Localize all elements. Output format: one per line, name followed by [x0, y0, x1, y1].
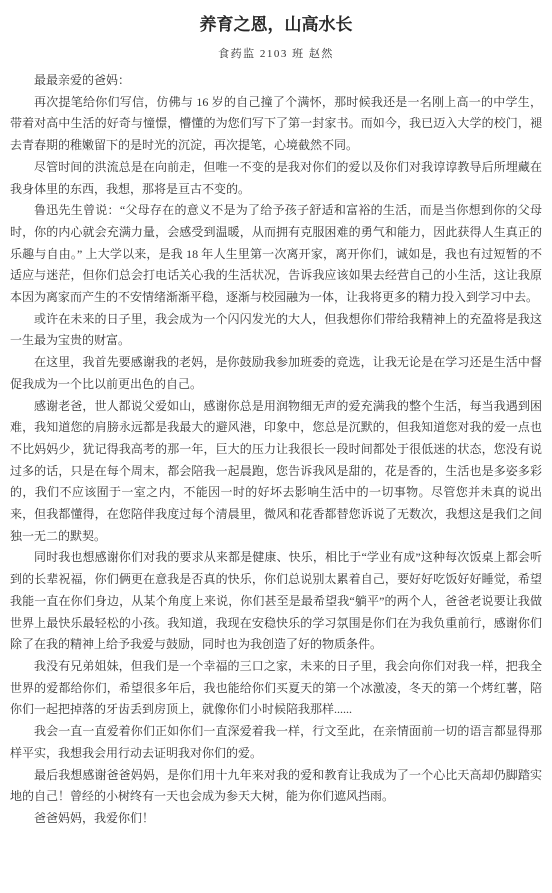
- byline: 食药监 2103 班 赵然: [10, 47, 542, 61]
- paragraph: 我会一直一直爱着你们正如你们一直深爱着我一样，行文至此，在亲情面前一切的语言都显…: [10, 721, 542, 764]
- document-title: 养育之恩，山高水长: [10, 14, 542, 36]
- paragraph: 爸爸妈妈，我爱你们！: [10, 808, 542, 830]
- paragraph: 在这里，我首先要感谢我的老妈，是你鼓励我参加班委的竞选，让我无论是在学习还是生活…: [10, 352, 542, 395]
- letter-page: 养育之恩，山高水长 食药监 2103 班 赵然 最最亲爱的爸妈：再次提笔给你们写…: [0, 0, 552, 893]
- paragraph: 同时我也想感谢你们对我的要求从来都是健康、快乐，相比于“学业有成”这种每次饭桌上…: [10, 547, 542, 656]
- paragraph: 尽管时间的洪流总是在向前走，但唯一不变的是我对你们的爱以及你们对我谆谆教导后所埋…: [10, 157, 542, 200]
- paragraph: 感谢老爸，世人都说父爱如山，感谢你总是用润物细无声的爱充满我的整个生活，每当我遇…: [10, 396, 542, 548]
- paragraph: 鲁迅先生曾说：“父母存在的意义不是为了给予孩子舒适和富裕的生活，而是当你想到你的…: [10, 200, 542, 309]
- paragraph: 再次提笔给你们写信，仿佛与 16 岁的自己撞了个满怀，那时候我还是一名刚上高一的…: [10, 92, 542, 157]
- paragraph: 或许在未来的日子里，我会成为一个闪闪发光的大人，但我想你们带给我精神上的充盈将是…: [10, 309, 542, 352]
- paragraph: 最最亲爱的爸妈：: [10, 70, 542, 92]
- paragraph: 最后我想感谢爸爸妈妈，是你们用十九年来对我的爱和教育让我成为了一个心比天高却仍脚…: [10, 765, 542, 808]
- letter-body: 最最亲爱的爸妈：再次提笔给你们写信，仿佛与 16 岁的自己撞了个满怀，那时候我还…: [10, 70, 542, 830]
- paragraph: 我没有兄弟姐妹，但我们是一个幸福的三口之家，未来的日子里，我会向你们对我一样，把…: [10, 656, 542, 721]
